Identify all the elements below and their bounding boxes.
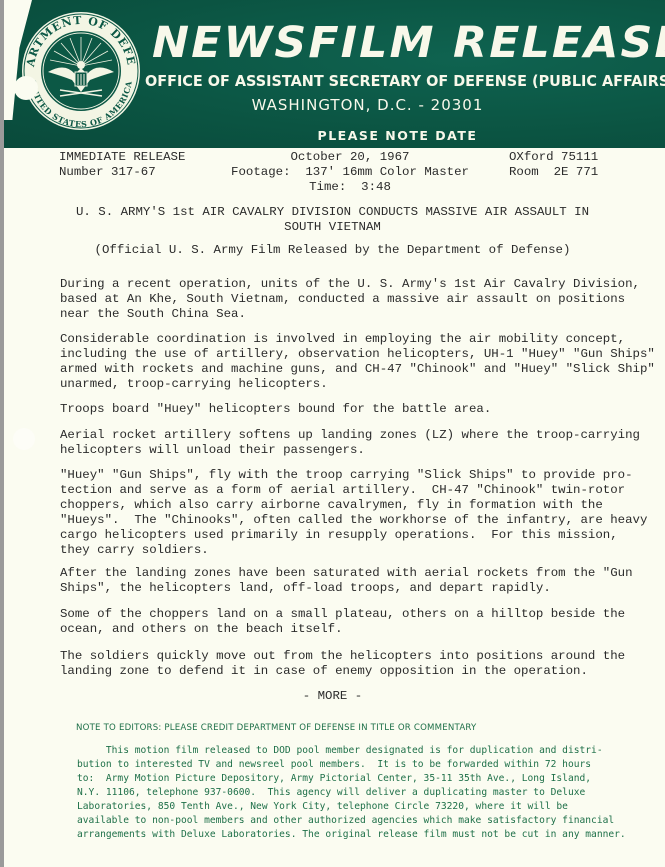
contact-info: OXford 75111 Room 2E 771 [509, 150, 598, 180]
release-number: IMMEDIATE RELEASE Number 317-67 [59, 150, 185, 180]
paragraph: During a recent operation, units of the … [60, 277, 640, 322]
paragraph: Aerial rocket artillery softens up landi… [60, 428, 640, 458]
punch-hole [13, 428, 35, 450]
paragraph: Considerable coordination is involved in… [60, 332, 640, 392]
distribution-notice: This motion film released to DOD pool me… [77, 744, 612, 842]
office-name: OFFICE OF ASSISTANT SECRETARY OF DEFENSE… [145, 72, 624, 90]
paragraph: The soldiers quickly move out from the h… [60, 649, 640, 679]
paragraph: Troops board "Huey" helicopters bound fo… [60, 402, 640, 417]
release-title: NEWSFILM RELEASE [152, 18, 665, 68]
subheading: (Official U. S. Army Film Released by th… [0, 243, 665, 258]
paragraph: "Huey" "Gun Ships", fly with the troop c… [60, 468, 640, 558]
paragraph: After the landing zones have been satura… [60, 566, 640, 596]
editors-note: NOTE TO EDITORS: PLEASE CREDIT DEPARTMEN… [76, 723, 476, 733]
headline: U. S. ARMY'S 1st AIR CAVALRY DIVISION CO… [0, 205, 665, 235]
office-address: WASHINGTON, D.C. - 20301 [0, 96, 665, 114]
please-note-date: PLEASE NOTE DATE [0, 128, 665, 143]
paragraph: Some of the choppers land on a small pla… [60, 607, 640, 637]
more-indicator: - MORE - [0, 689, 665, 704]
release-date-footage: October 20, 1967 Footage: 137' 16mm Colo… [225, 150, 475, 195]
